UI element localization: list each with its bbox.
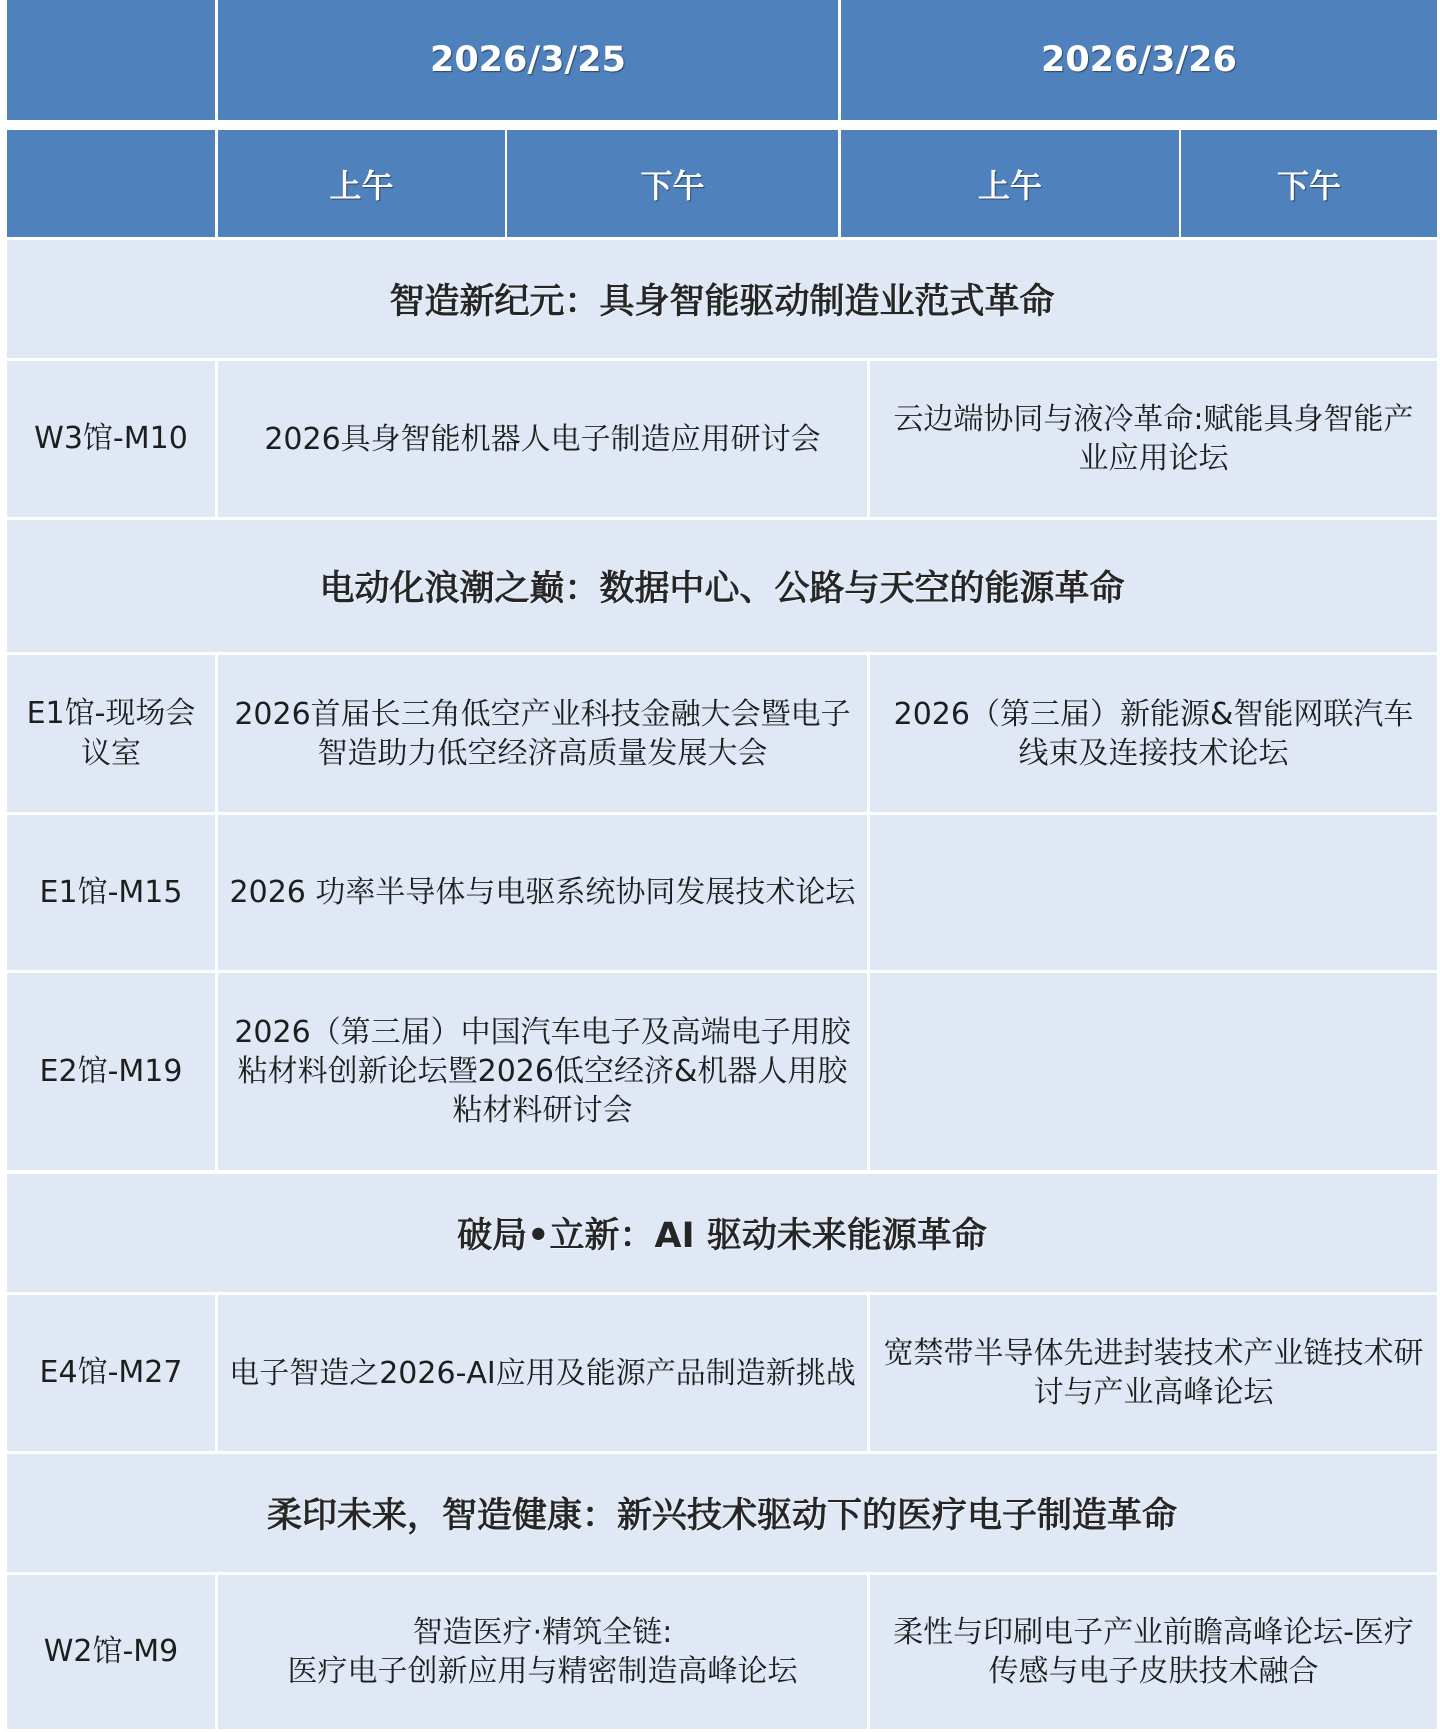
venue-cell: E2馆-M19 [7, 973, 215, 1170]
section-title: 柔印未来，智造健康：新兴技术驱动下的医疗电子制造革命 [7, 1454, 1437, 1572]
venue-cell: E1馆-M15 [7, 815, 215, 970]
header-corner-top [7, 0, 215, 120]
section-title: 破局•立新：AI 驱动未来能源革命 [7, 1174, 1437, 1292]
header-corner-bottom [7, 130, 215, 237]
event-cell-day1: 2026（第三届）中国汽车电子及高端电子用胶粘材料创新论坛暨2026低空经济&机… [218, 973, 867, 1170]
venue-cell: W2馆-M9 [7, 1575, 215, 1729]
venue-cell: W3馆-M10 [7, 361, 215, 517]
date-header-day1: 2026/3/25 [218, 0, 838, 120]
event-cell-day1: 2026 功率半导体与电驱系统协同发展技术论坛 [218, 815, 867, 970]
event-cell-day2: 云边端协同与液冷革命:赋能具身智能产业应用论坛 [870, 361, 1437, 517]
half-header-day2-pm: 下午 [1181, 130, 1437, 237]
half-header-day1-am: 上午 [218, 130, 505, 237]
venue-cell: E1馆-现场会议室 [7, 655, 215, 812]
event-cell-day2 [870, 815, 1437, 970]
venue-cell: E4馆-M27 [7, 1295, 215, 1451]
event-cell-day1: 智造医疗·精筑全链: 医疗电子创新应用与精密制造高峰论坛 [218, 1575, 867, 1729]
section-title: 电动化浪潮之巅：数据中心、公路与天空的能源革命 [7, 520, 1437, 652]
event-cell-day2 [870, 973, 1437, 1170]
half-header-day1-pm: 下午 [507, 130, 838, 237]
date-header-day2: 2026/3/26 [841, 0, 1437, 120]
half-header-day2-am: 上午 [841, 130, 1179, 237]
event-cell-day2: 柔性与印刷电子产业前瞻高峰论坛-医疗传感与电子皮肤技术融合 [870, 1575, 1437, 1729]
event-cell-day1: 电子智造之2026-AI应用及能源产品制造新挑战 [218, 1295, 867, 1451]
event-cell-day1: 2026首届长三角低空产业科技金融大会暨电子智造助力低空经济高质量发展大会 [218, 655, 867, 812]
event-cell-day1: 2026具身智能机器人电子制造应用研讨会 [218, 361, 867, 517]
event-cell-day2: 2026（第三届）新能源&智能网联汽车线束及连接技术论坛 [870, 655, 1437, 812]
event-cell-day2: 宽禁带半导体先进封装技术产业链技术研讨与产业高峰论坛 [870, 1295, 1437, 1451]
section-title: 智造新纪元：具身智能驱动制造业范式革命 [7, 240, 1437, 358]
